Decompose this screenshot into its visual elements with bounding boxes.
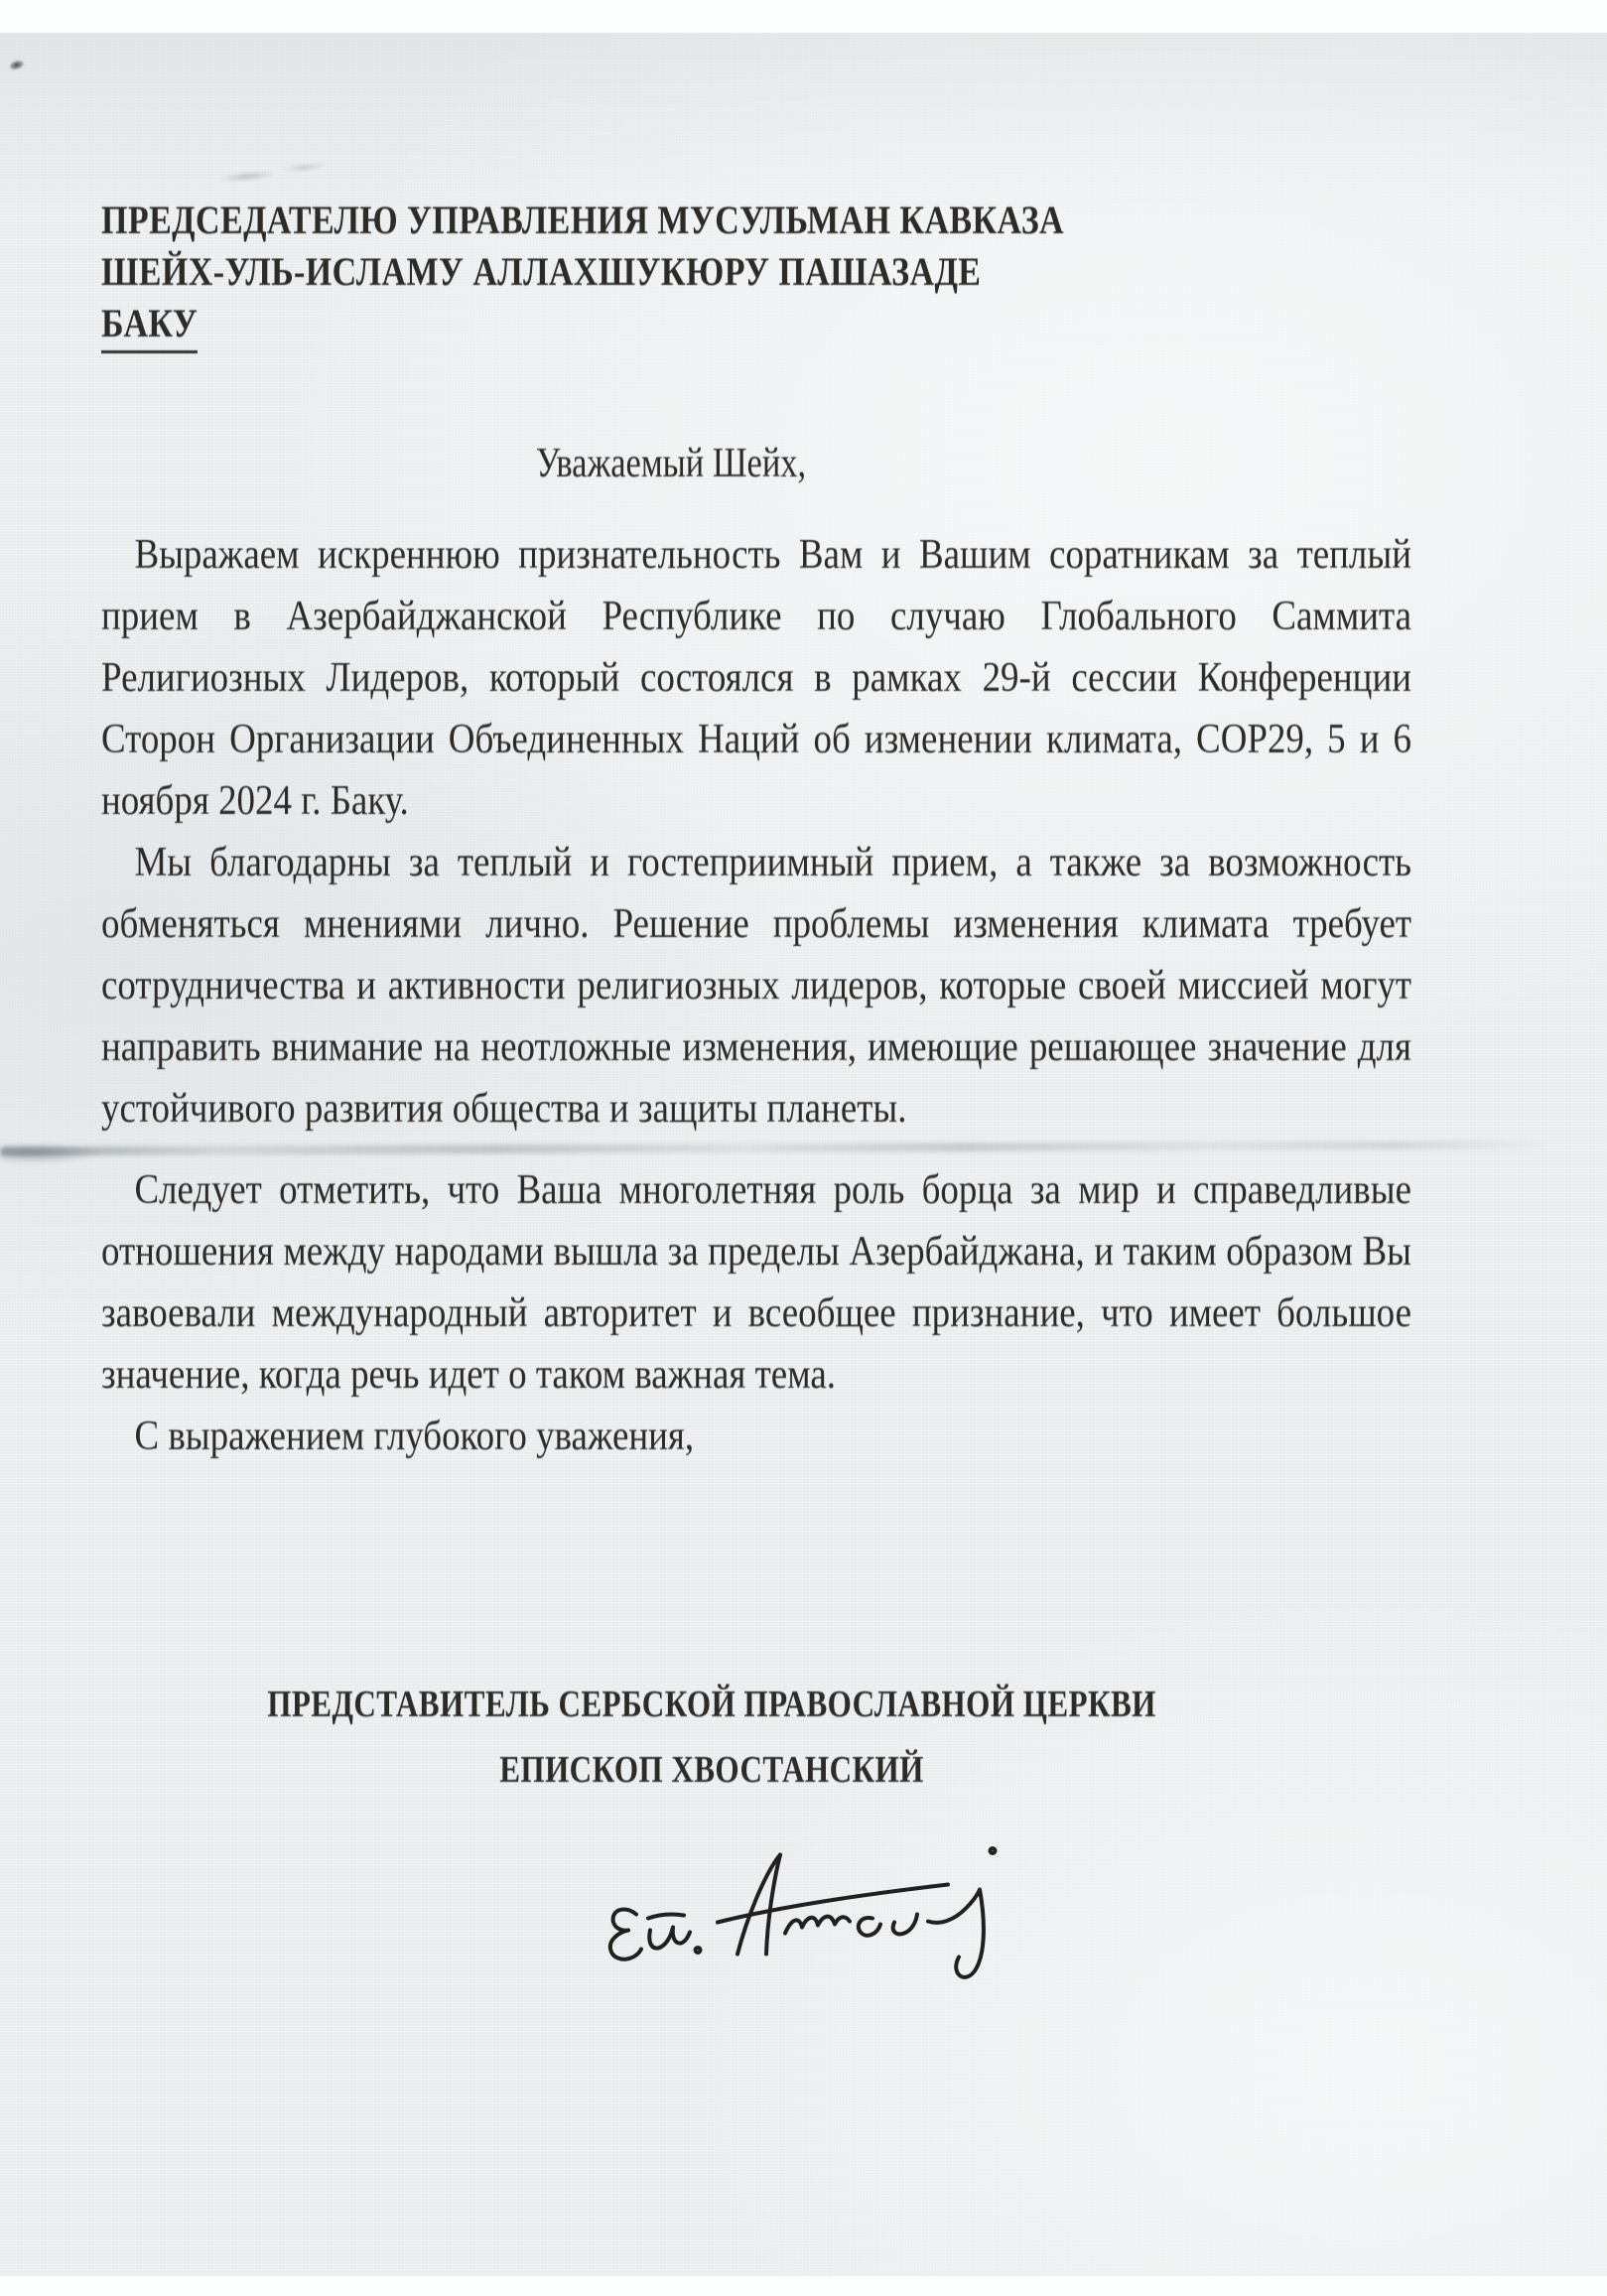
paragraph: Выражаем искреннюю признательность Вам и… <box>101 524 1411 832</box>
scanner-edge-top <box>0 0 1607 33</box>
paragraph: Следует отметить, что Ваша многолетняя р… <box>101 1159 1411 1406</box>
recipient-line: ПРЕДСЕДАТЕЛЮ УПРАВЛЕНИЯ МУСУЛЬМАН КАВКАЗ… <box>101 195 1282 246</box>
signature-stroke-e <box>610 1909 641 1958</box>
handwritten-signature <box>591 1834 1007 1998</box>
scanner-edge-bottom <box>0 2276 1607 2296</box>
paper-smudge <box>207 152 338 195</box>
signer-title-block: ПРЕДСТАВИТЕЛЬ СЕРБСКОЙ ПРАВОСЛАВНОЙ ЦЕРК… <box>101 1672 1322 1803</box>
paragraph: Мы благодарны за теплый и гостеприимный … <box>101 832 1411 1140</box>
signature-stroke-lek <box>785 1917 850 1934</box>
closing-line: С выражением глубокого уважения, <box>101 1406 1411 1467</box>
signature-stroke-a-left <box>737 1855 780 1955</box>
corner-smudge <box>4 52 34 74</box>
signature-stroke-macron <box>648 1915 684 1919</box>
signature-stroke-e2 <box>893 1915 917 1935</box>
recipient-line: ШЕЙХ-УЛЬ-ИСЛАМУ АЛЛАХШУКЮРУ ПАШАЗАДЕ <box>101 246 1282 298</box>
signature-stroke-s <box>859 1918 880 1936</box>
signature-stroke-p <box>649 1928 690 1949</box>
signature-stroke-j <box>928 1890 984 1977</box>
signer-title-line: ПРЕДСТАВИТЕЛЬ СЕРБСКОЙ ПРАВОСЛАВНОЙ ЦЕРК… <box>101 1672 1322 1737</box>
letter-body: Выражаем искреннюю признательность Вам и… <box>101 524 1411 1467</box>
recipient-block: ПРЕДСЕДАТЕЛЮ УПРАВЛЕНИЯ МУСУЛЬМАН КАВКАЗ… <box>101 195 1282 353</box>
signer-title-line: ЕПИСКОП ХВОСТАНСКИЙ <box>101 1737 1322 1803</box>
salutation: Уважаемый Шейх, <box>101 440 1241 487</box>
scanned-letter-page: ПРЕДСЕДАТЕЛЮ УПРАВЛЕНИЯ МУСУЛЬМАН КАВКАЗ… <box>0 0 1607 2296</box>
signature-period <box>696 1948 701 1953</box>
signature-image <box>591 1834 1007 1998</box>
recipient-line-city: БАКУ <box>101 298 1282 353</box>
signature-j-dot <box>991 1848 996 1853</box>
